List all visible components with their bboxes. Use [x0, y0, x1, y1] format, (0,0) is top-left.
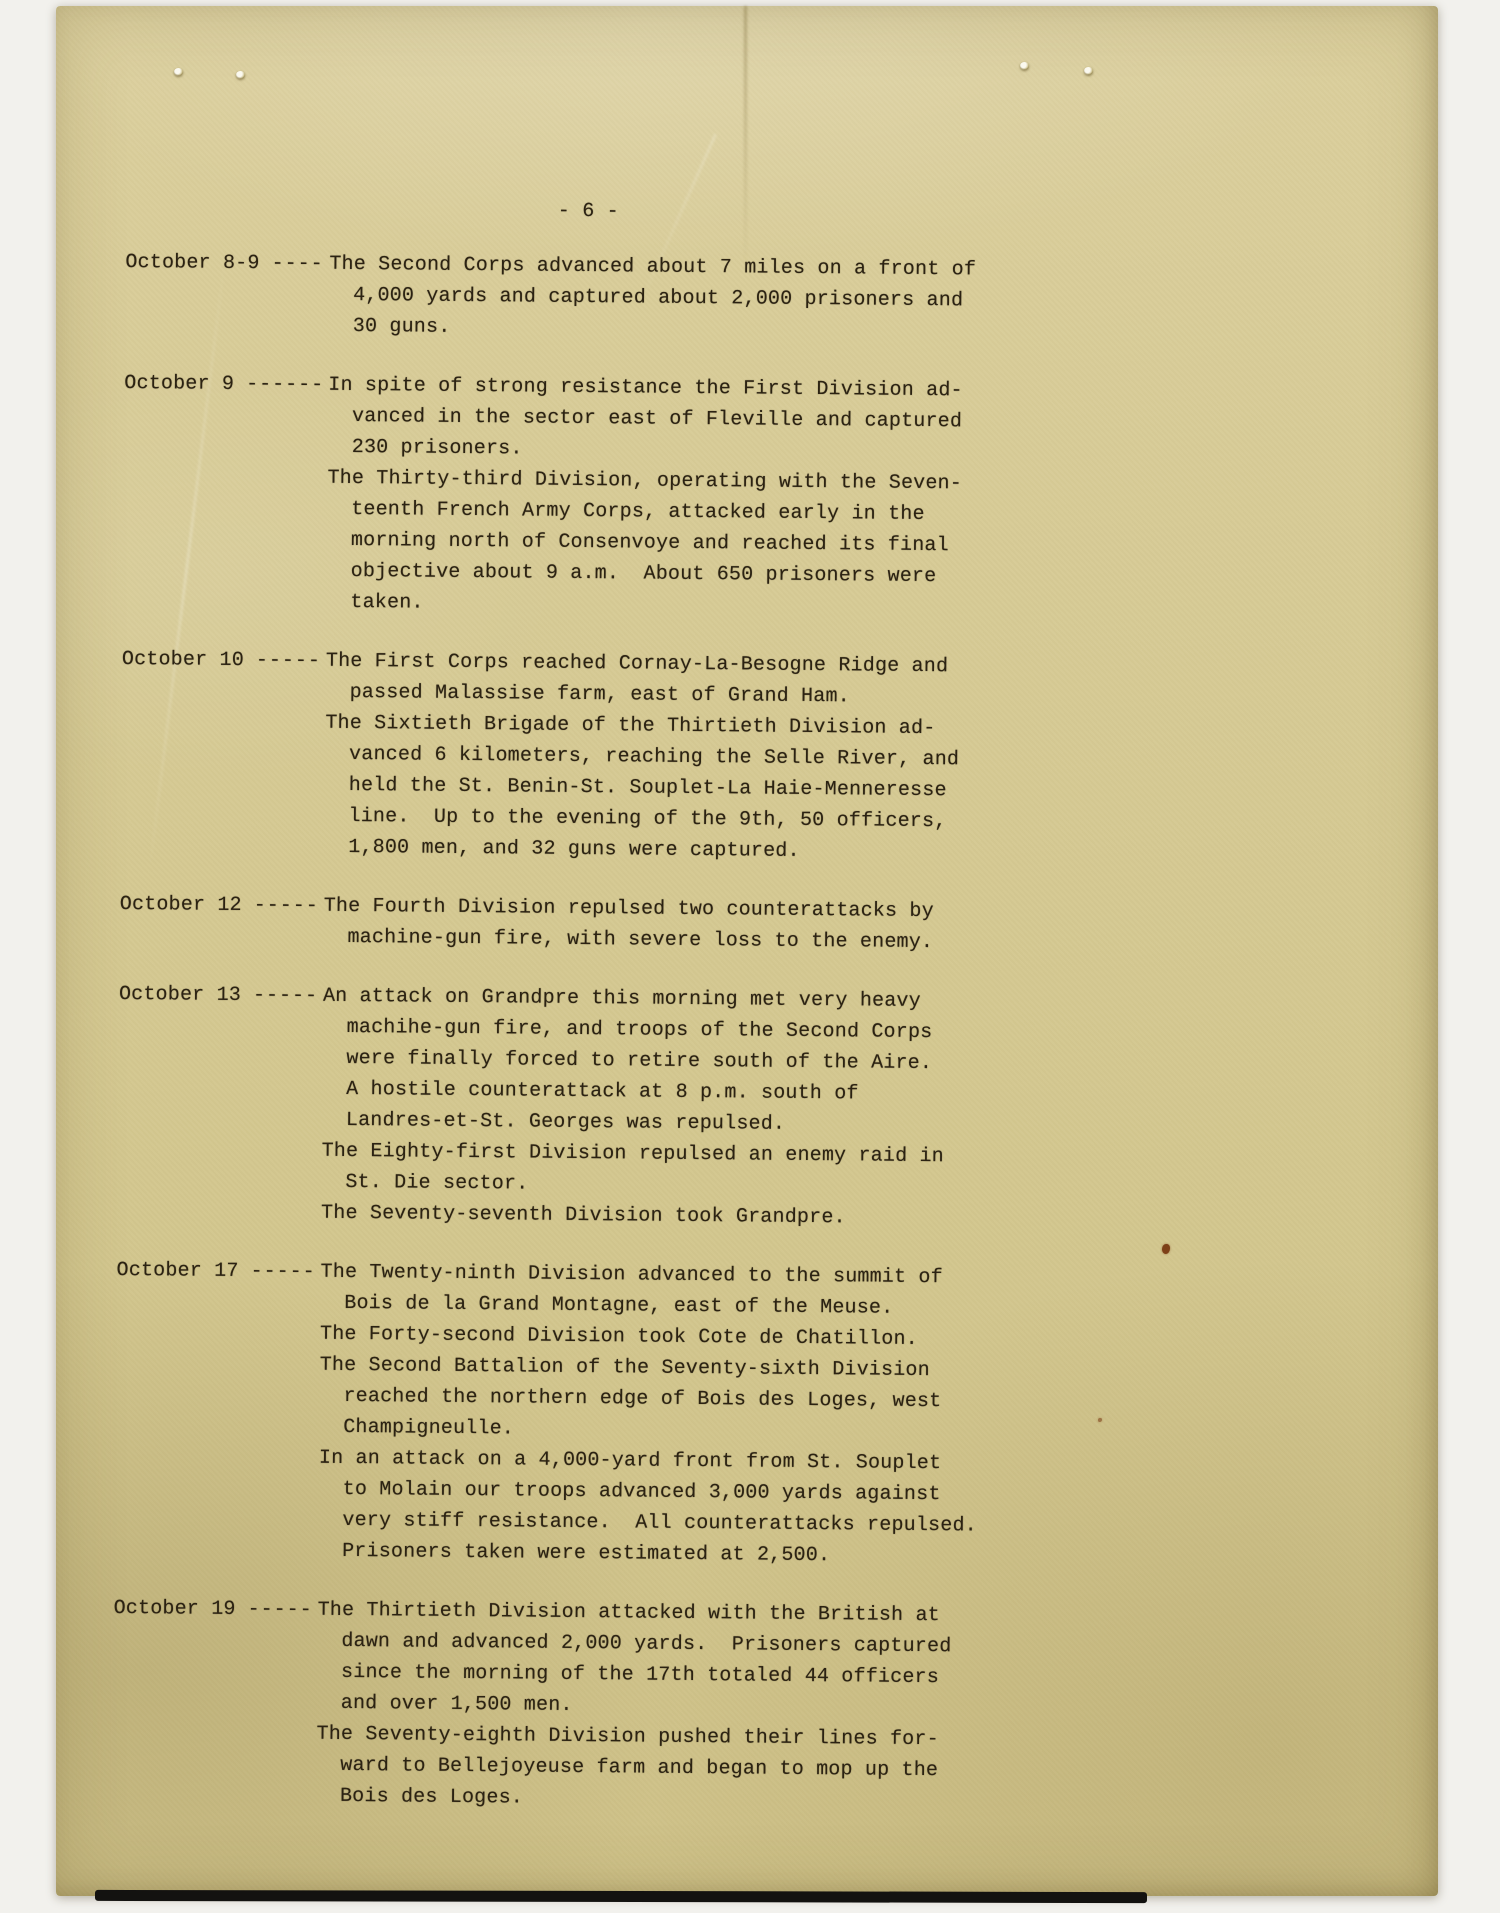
scan-edge-shadow	[95, 1890, 1147, 1903]
rust-speck	[1162, 1244, 1170, 1254]
entry-dashes: ----	[272, 252, 324, 275]
entry-body: The Twenty-ninth Division advanced to th…	[318, 1257, 1117, 1574]
entry-date: October 12	[120, 893, 242, 917]
entry-date: October 9	[124, 372, 234, 396]
diary-entry: October 12----- The Fourth Division repu…	[119, 889, 1120, 960]
entry-body: The Fourth Division repulsed two counter…	[323, 891, 1120, 960]
entry-line: machine-gun fire, with severe loss to th…	[323, 922, 1119, 960]
entry-body: The Thirtieth Division attacked with the…	[316, 1595, 1114, 1819]
entry-line: Prisoners taken were estimated at 2,500.	[318, 1536, 1114, 1574]
entry-dashes: ------	[246, 373, 324, 397]
diary-entry: October 13----- An attack on Grandpre th…	[117, 979, 1119, 1236]
entry-body: An attack on Grandpre this morning met v…	[321, 981, 1119, 1236]
entry-dashes: -----	[248, 1598, 313, 1622]
diary-entry: October 17----- The Twenty-ninth Divisio…	[114, 1255, 1117, 1574]
diary-entry: October 10----- The First Corps reached …	[120, 644, 1122, 870]
entry-date: October 17	[116, 1259, 238, 1283]
entry-body: The Second Corps advanced about 7 miles …	[329, 249, 1126, 349]
entry-dashes: -----	[254, 894, 319, 918]
entry-dashes: -----	[256, 649, 321, 673]
staple-hole	[1084, 67, 1093, 75]
diary-entry: October 9------ In spite of strong resis…	[122, 368, 1124, 625]
staple-hole	[236, 71, 245, 79]
entry-dashes: -----	[251, 1260, 316, 1284]
entry-date: October 19	[114, 1597, 236, 1621]
entry-line: The Seventy-seventh Division took Grandp…	[321, 1198, 1117, 1236]
entry-date: October 10	[122, 648, 244, 672]
entry-date: October 13	[119, 983, 241, 1007]
entry-body: In spite of strong resistance the First …	[326, 370, 1124, 625]
entry-dashes: -----	[253, 984, 318, 1008]
diary-entry: October 19----- The Thirtieth Division a…	[112, 1593, 1114, 1819]
entry-line: 30 guns.	[329, 311, 1125, 349]
entry-body: The First Corps reached Cornay-La-Besogn…	[324, 646, 1122, 870]
entry-line: taken.	[326, 587, 1122, 625]
staple-hole	[1020, 62, 1029, 70]
entry-date: October 8-9	[125, 251, 259, 275]
typewritten-content: - 6 - October 8-9---- The Second Corps a…	[112, 192, 1126, 1847]
paper-sheet: - 6 - October 8-9---- The Second Corps a…	[56, 6, 1438, 1896]
diary-entry: October 8-9---- The Second Corps advance…	[125, 247, 1126, 349]
entry-list: October 8-9---- The Second Corps advance…	[112, 247, 1126, 1819]
entry-line: 1,800 men, and 32 guns were captured.	[324, 832, 1120, 870]
entry-line: Bois des Loges.	[316, 1781, 1112, 1819]
staple-hole	[174, 68, 183, 76]
page-number: - 6 -	[558, 196, 1126, 232]
